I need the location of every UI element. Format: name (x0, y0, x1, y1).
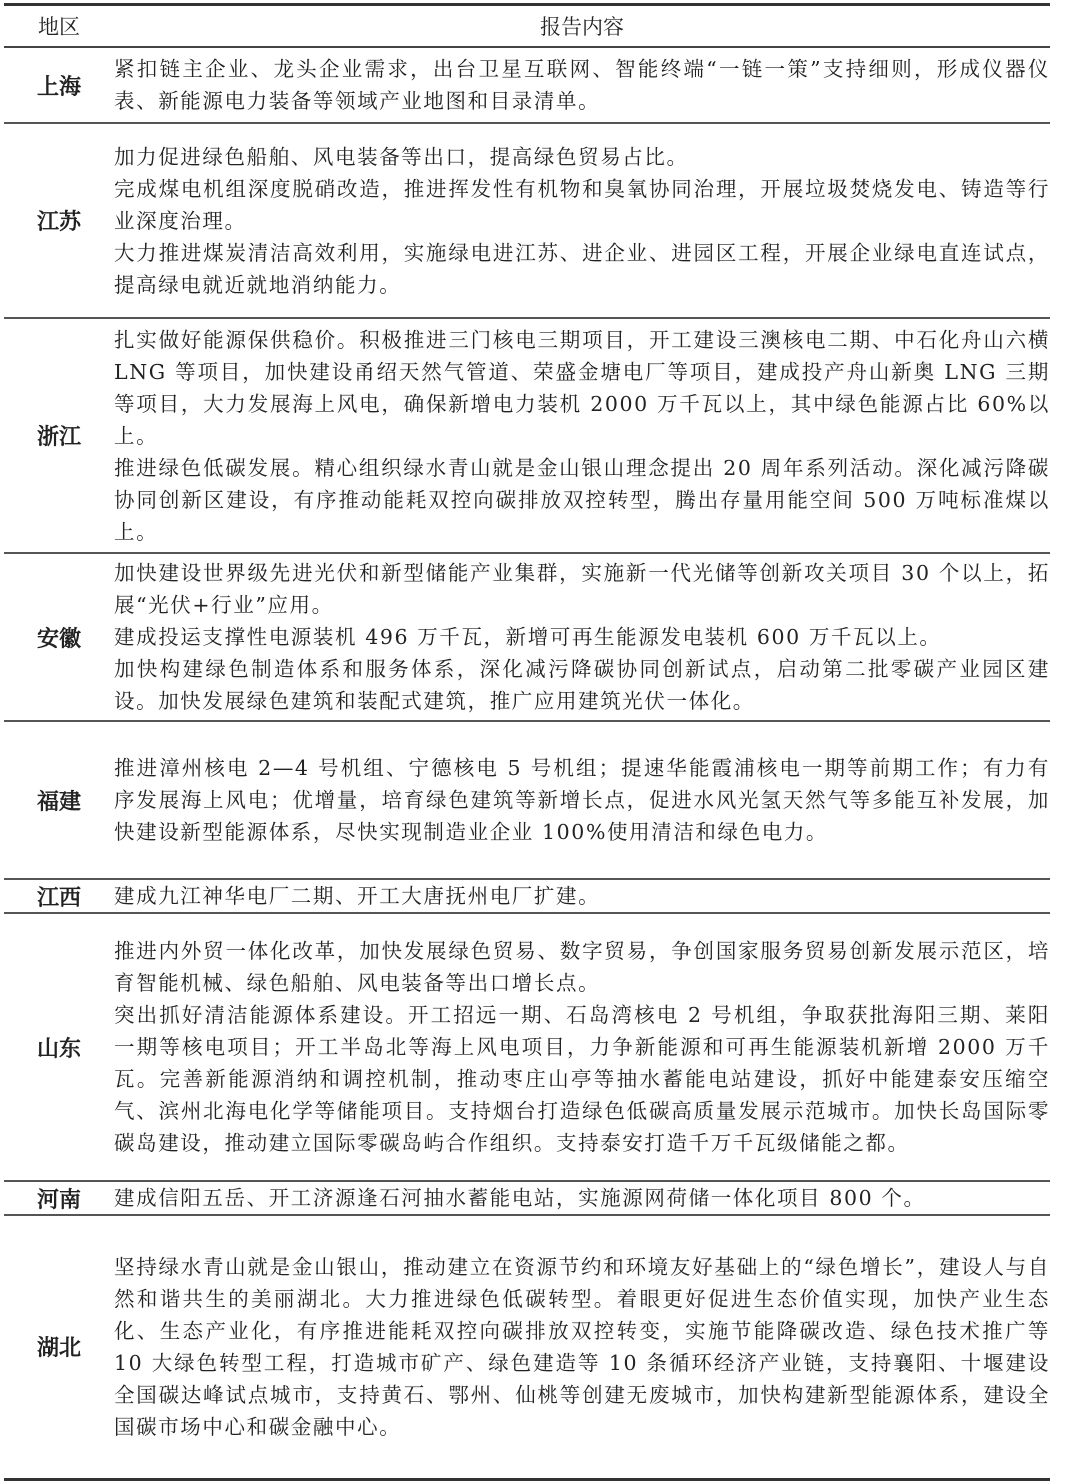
content-cell: 推进内外贸一体化改革，加快发展绿色贸易、数字贸易，争创国家服务贸易创新发展示范区… (114, 913, 1050, 1181)
content-cell: 扎实做好能源保供稳价。积极推进三门核电三期项目，开工建设三澳核电二期、中石化舟山… (114, 318, 1050, 553)
report-paragraph: 坚持绿水青山就是金山银山，推动建立在资源节约和环境友好基础上的“绿色增长”，建设… (114, 1251, 1050, 1443)
report-paragraph: 加力促进绿色船舶、风电装备等出口，提高绿色贸易占比。 (114, 141, 1050, 173)
table-row: 江西 建成九江神华电厂二期、开工大唐抚州电厂扩建。 (4, 879, 1050, 913)
region-report-table: 地区 报告内容 上海 紧扣链主企业、龙头企业需求，出台卫星互联网、智能终端“一链… (4, 3, 1050, 1447)
report-paragraph: 扎实做好能源保供稳价。积极推进三门核电三期项目，开工建设三澳核电二期、中石化舟山… (114, 324, 1050, 452)
report-paragraph: 推进内外贸一体化改革，加快发展绿色贸易、数字贸易，争创国家服务贸易创新发展示范区… (114, 935, 1050, 999)
region-cell: 安徽 (4, 553, 114, 721)
report-paragraph: 推进绿色低碳发展。精心组织绿水青山就是金山银山理念提出 20 周年系列活动。深化… (114, 452, 1050, 548)
table-row: 湖北 坚持绿水青山就是金山银山，推动建立在资源节约和环境友好基础上的“绿色增长”… (4, 1215, 1050, 1447)
report-paragraph: 完成煤电机组深度脱硝改造，推进挥发性有机物和臭氧协同治理，开展垃圾焚烧发电、铸造… (114, 173, 1050, 237)
header-row: 地区 报告内容 (4, 5, 1050, 48)
table-row: 河南 建成信阳五岳、开工济源逢石河抽水蓄能电站，实施源网荷储一体化项目 800 … (4, 1181, 1050, 1215)
content-cell: 加快建设世界级先进光伏和新型储能产业集群，实施新一代光储等创新攻关项目 30 个… (114, 553, 1050, 721)
content-cell: 坚持绿水青山就是金山银山，推动建立在资源节约和环境友好基础上的“绿色增长”，建设… (114, 1215, 1050, 1447)
report-paragraph: 建成信阳五岳、开工济源逢石河抽水蓄能电站，实施源网荷储一体化项目 800 个。 (114, 1182, 1050, 1214)
region-cell: 江苏 (4, 123, 114, 318)
region-cell: 山东 (4, 913, 114, 1181)
content-cell: 建成信阳五岳、开工济源逢石河抽水蓄能电站，实施源网荷储一体化项目 800 个。 (114, 1181, 1050, 1215)
header-content: 报告内容 (114, 5, 1050, 48)
report-paragraph: 推进漳州核电 2—4 号机组、宁德核电 5 号机组；提速华能霞浦核电一期等前期工… (114, 752, 1050, 848)
table-row: 上海 紧扣链主企业、龙头企业需求，出台卫星互联网、智能终端“一链一策”支持细则，… (4, 47, 1050, 123)
table-body: 上海 紧扣链主企业、龙头企业需求，出台卫星互联网、智能终端“一链一策”支持细则，… (4, 47, 1050, 1447)
report-paragraph: 紧扣链主企业、龙头企业需求，出台卫星互联网、智能终端“一链一策”支持细则，形成仪… (114, 53, 1050, 117)
report-paragraph: 突出抓好清洁能源体系建设。开工招远一期、石岛湾核电 2 号机组，争取获批海阳三期… (114, 999, 1050, 1159)
table-row: 山东 推进内外贸一体化改革，加快发展绿色贸易、数字贸易，争创国家服务贸易创新发展… (4, 913, 1050, 1181)
table-row: 安徽 加快建设世界级先进光伏和新型储能产业集群，实施新一代光储等创新攻关项目 3… (4, 553, 1050, 721)
region-cell: 浙江 (4, 318, 114, 553)
content-cell: 推进漳州核电 2—4 号机组、宁德核电 5 号机组；提速华能霞浦核电一期等前期工… (114, 721, 1050, 879)
header-region: 地区 (4, 5, 114, 48)
table-row: 福建 推进漳州核电 2—4 号机组、宁德核电 5 号机组；提速华能霞浦核电一期等… (4, 721, 1050, 879)
region-cell: 河南 (4, 1181, 114, 1215)
region-cell: 上海 (4, 47, 114, 123)
report-paragraph: 建成投运支撑性电源装机 496 万千瓦，新增可再生能源发电装机 600 万千瓦以… (114, 621, 1050, 653)
region-cell: 江西 (4, 879, 114, 913)
report-paragraph: 大力推进煤炭清洁高效利用，实施绿电进江苏、进企业、进园区工程，开展企业绿电直连试… (114, 237, 1050, 301)
region-cell: 福建 (4, 721, 114, 879)
content-cell: 建成九江神华电厂二期、开工大唐抚州电厂扩建。 (114, 879, 1050, 913)
report-paragraph: 建成九江神华电厂二期、开工大唐抚州电厂扩建。 (114, 880, 1050, 912)
region-cell: 湖北 (4, 1215, 114, 1447)
report-paragraph: 加快建设世界级先进光伏和新型储能产业集群，实施新一代光储等创新攻关项目 30 个… (114, 557, 1050, 621)
content-cell: 紧扣链主企业、龙头企业需求，出台卫星互联网、智能终端“一链一策”支持细则，形成仪… (114, 47, 1050, 123)
content-cell: 加力促进绿色船舶、风电装备等出口，提高绿色贸易占比。完成煤电机组深度脱硝改造，推… (114, 123, 1050, 318)
table-row: 浙江 扎实做好能源保供稳价。积极推进三门核电三期项目，开工建设三澳核电二期、中石… (4, 318, 1050, 553)
report-paragraph: 加快构建绿色制造体系和服务体系，深化减污降碳协同创新试点，启动第二批零碳产业园区… (114, 653, 1050, 717)
table-row: 江苏 加力促进绿色船舶、风电装备等出口，提高绿色贸易占比。完成煤电机组深度脱硝改… (4, 123, 1050, 318)
